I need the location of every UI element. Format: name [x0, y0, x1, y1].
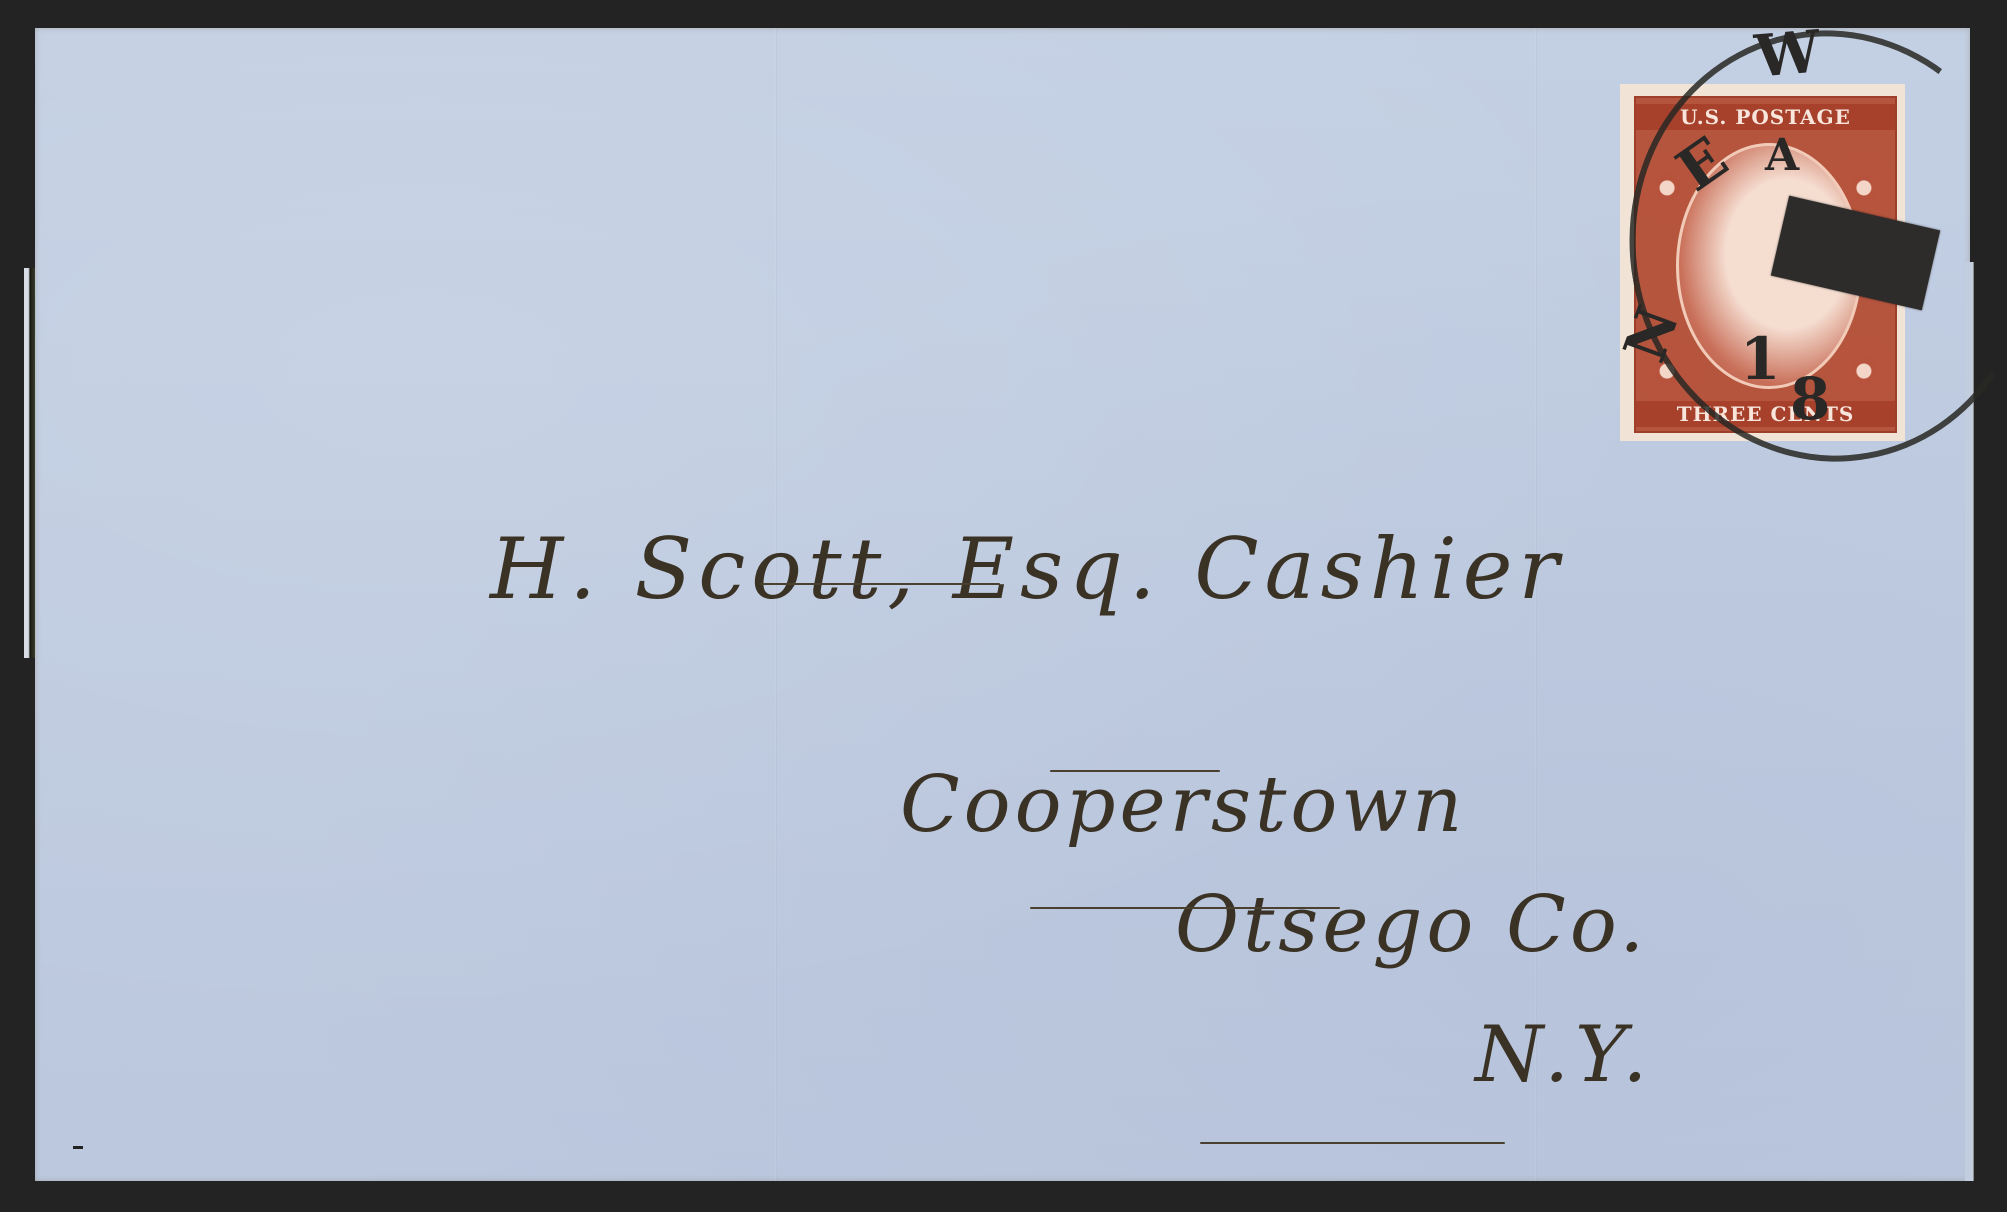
address-line-county: Otsego Co. [1175, 880, 1648, 970]
address-underline [1030, 907, 1340, 909]
postmark-letter: 8 [1790, 365, 1830, 433]
address-underline [760, 583, 1000, 585]
left-edge-flap [24, 268, 35, 658]
ink-mark [73, 1146, 83, 1149]
address-underline [1050, 770, 1220, 772]
address-underline [1200, 1142, 1505, 1144]
postmark-letter: A [1765, 130, 1799, 181]
postmark-letter: W [1752, 17, 1823, 90]
postmark-letter: 1 [1740, 325, 1780, 393]
address-line-name: H. Scott, Esq. Cashier [490, 520, 1565, 618]
address-line-state: N.Y. [1475, 1010, 1653, 1100]
address-line-city: Cooperstown [900, 760, 1466, 850]
